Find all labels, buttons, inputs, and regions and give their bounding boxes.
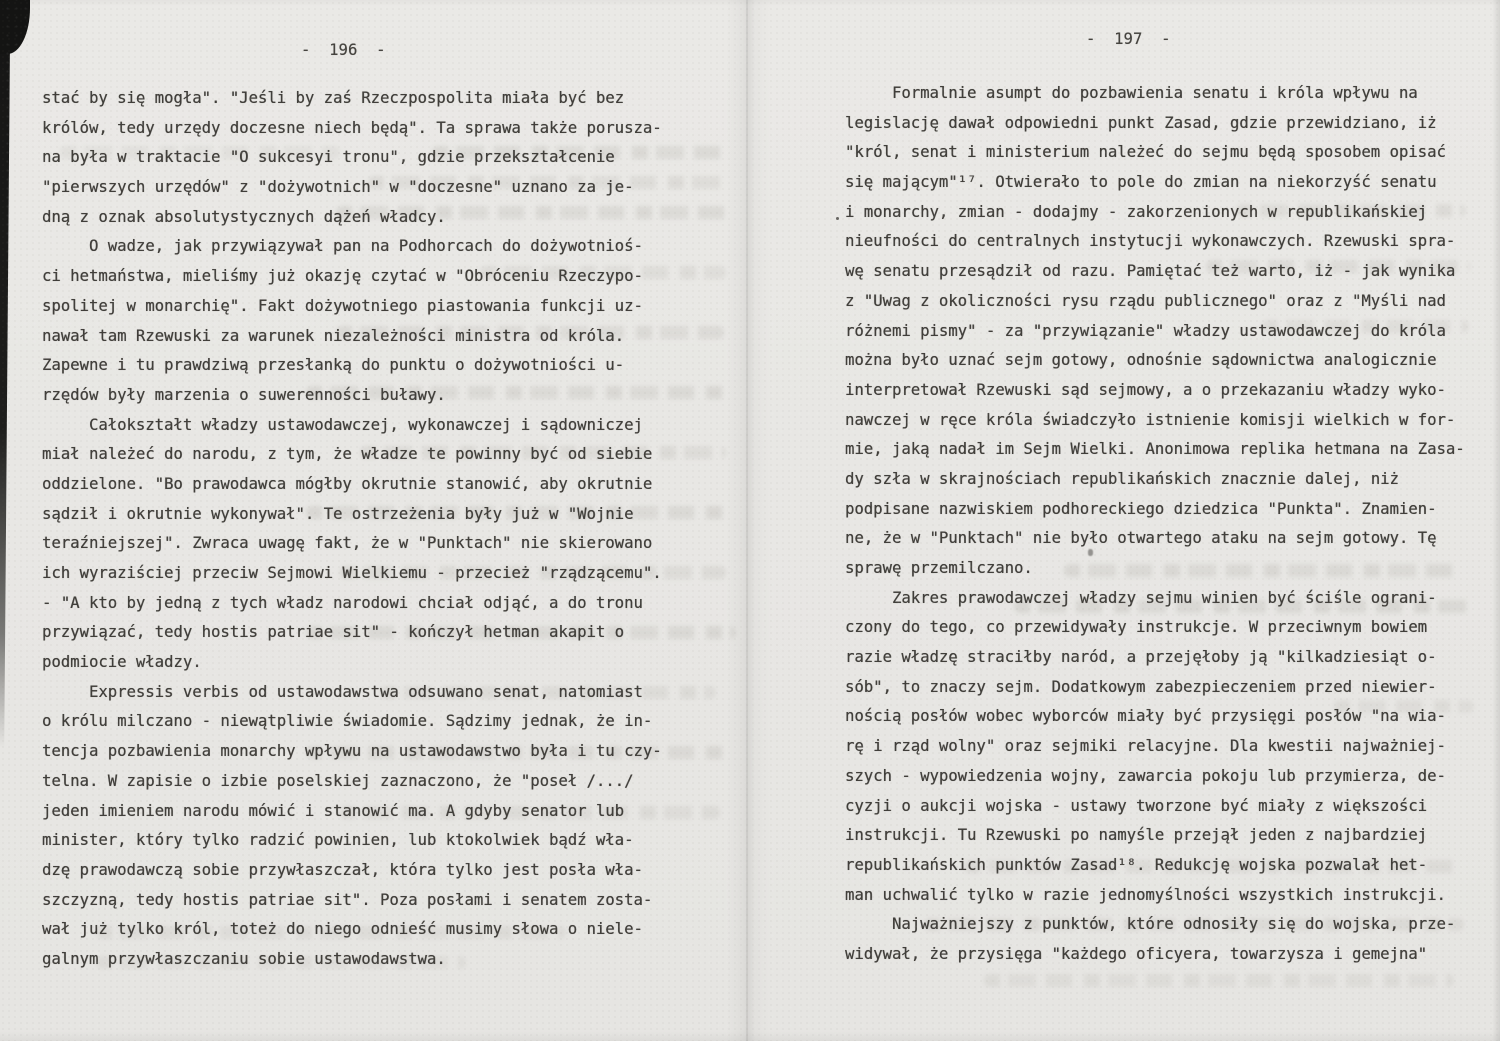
text-line: razie władzę straciłby naród, a przejęło… bbox=[845, 643, 1485, 673]
page-number: - 197 - bbox=[1086, 30, 1171, 48]
text-line: Formalnie asumpt do pozbawienia senatu i… bbox=[845, 79, 1485, 109]
page-text: stać by się mogła". "Jeśli by zaś Rzeczp… bbox=[42, 84, 702, 975]
text-line: dzę prawodawczą sobie przywłaszczał, któ… bbox=[42, 856, 702, 886]
text-line: podpisane nazwiskiem podhoreckiego dzied… bbox=[845, 495, 1485, 525]
text-line: nieufności do centralnych instytucji wyk… bbox=[845, 227, 1485, 257]
text-line: różnemi pismy" - za "przywiązanie" władz… bbox=[845, 317, 1485, 347]
text-line: spolitej w monarchię". Fakt dożywotniego… bbox=[42, 292, 702, 322]
text-line: "pierwszych urzędów" z "dożywotnich" w "… bbox=[42, 173, 702, 203]
stray-ink-dot bbox=[836, 217, 839, 220]
text-line: man uchwalić tylko w razie jednomyślnośc… bbox=[845, 881, 1485, 911]
text-line: nością posłów wobec wyborców miały być p… bbox=[845, 702, 1485, 732]
text-line: rzędów były marzenia o suwerenności buła… bbox=[42, 381, 702, 411]
text-line: na była w traktacie "O sukcesyi tronu", … bbox=[42, 143, 702, 173]
text-line: tencja pozbawienia monarchy wpływu na us… bbox=[42, 737, 702, 767]
page-text: Formalnie asumpt do pozbawienia senatu i… bbox=[845, 79, 1485, 970]
text-line: królów, tedy urzędy doczesne niech będą"… bbox=[42, 114, 702, 144]
text-line: stać by się mogła". "Jeśli by zaś Rzeczp… bbox=[42, 84, 702, 114]
text-line: interpretował Rzewuski sąd sejmowy, a o … bbox=[845, 376, 1485, 406]
text-line: i monarchy, zmian - dodajmy - zakorzenio… bbox=[845, 198, 1485, 228]
text-line: Najważniejszy z punktów, które odnosiły … bbox=[845, 910, 1485, 940]
text-line: rę i rząd wolny" oraz sejmiki relacyjne.… bbox=[845, 732, 1485, 762]
scan-edge-right-shade bbox=[1492, 0, 1500, 1041]
text-line: miał należeć do narodu, z tym, że władze… bbox=[42, 440, 702, 470]
text-line: mie, jaką nadał im Sejm Wielki. Anonimow… bbox=[845, 435, 1485, 465]
text-line: widywał, że przysięga "każdego oficyera,… bbox=[845, 940, 1485, 970]
text-line: sób", to znaczy sejm. Dodatkowym zabezpi… bbox=[845, 673, 1485, 703]
fold-crease-line bbox=[746, 0, 748, 1041]
text-line: oddzielone. "Bo prawodawca mógłby okrutn… bbox=[42, 470, 702, 500]
text-line: Zakres prawodawczej władzy sejmu winien … bbox=[845, 584, 1485, 614]
text-line: czony do tego, co przewidywały instrukcj… bbox=[845, 613, 1485, 643]
scan-edge-top-shade bbox=[0, 0, 1500, 6]
stray-ink-mark bbox=[1088, 549, 1093, 556]
text-line: podmiocie władzy. bbox=[42, 648, 702, 678]
text-line: ne, że w "Punktach" nie było otwartego a… bbox=[845, 524, 1485, 554]
text-line: z "Uwag z okoliczności rysu rządu public… bbox=[845, 287, 1485, 317]
text-line: ci hetmaństwa, mieliśmy już okazję czyta… bbox=[42, 262, 702, 292]
text-line: wę senatu przesądził od razu. Pamiętać t… bbox=[845, 257, 1485, 287]
text-line: dną z oznak absolutystycznych dążeń wład… bbox=[42, 203, 702, 233]
text-line: ich wyraziściej przeciw Sejmowi Wielkiem… bbox=[42, 559, 702, 589]
text-line: minister, który tylko radzić powinien, l… bbox=[42, 826, 702, 856]
text-line: można było uznać sejm gotowy, odnośnie s… bbox=[845, 346, 1485, 376]
text-line: szych - wypowiedzenia wojny, zawarcia po… bbox=[845, 762, 1485, 792]
text-line: instrukcji. Tu Rzewuski po namyśle przej… bbox=[845, 821, 1485, 851]
text-line: o królu milczano - niewątpliwie świadomi… bbox=[42, 707, 702, 737]
text-line: Zapewne i tu prawdziwą przesłanką do pun… bbox=[42, 351, 702, 381]
text-line: O wadze, jak przywiązywał pan na Podhorc… bbox=[42, 232, 702, 262]
text-line: legislację dawał odpowiedni punkt Zasad,… bbox=[845, 109, 1485, 139]
text-line: się mającym"¹⁷. Otwierało to pole do zmi… bbox=[845, 168, 1485, 198]
text-line: - "A kto by jedną z tych władz narodowi … bbox=[42, 589, 702, 619]
scan-edge-left-strip bbox=[0, 38, 10, 748]
text-line: przywiązać, tedy hostis patriae sit" - k… bbox=[42, 618, 702, 648]
text-line: dy szła w skrajnościach republikańskich … bbox=[845, 465, 1485, 495]
text-line: galnym przywłaszczaniu sobie ustawodawst… bbox=[42, 945, 702, 975]
text-line: cyzji o aukcji wojska - ustawy tworzone … bbox=[845, 792, 1485, 822]
text-line: "król, senat i ministerium należeć do se… bbox=[845, 138, 1485, 168]
text-line: nawał tam Rzewuski za warunek niezależno… bbox=[42, 322, 702, 352]
text-line: republikańskich punktów Zasad¹⁸. Redukcj… bbox=[845, 851, 1485, 881]
text-line: jeden imieniem narodu mówić i stanowić m… bbox=[42, 797, 702, 827]
text-line: sądził i okrutnie wykonywał". Te ostrzeż… bbox=[42, 500, 702, 530]
text-line: telna. W zapisie o izbie poselskiej zazn… bbox=[42, 767, 702, 797]
page-fold-shadow bbox=[726, 0, 770, 1041]
text-line: wał już tylko król, toteż do niego odnie… bbox=[42, 915, 702, 945]
bleed-through-line bbox=[984, 974, 1454, 987]
page-number: - 196 - bbox=[301, 41, 386, 59]
text-line: Expressis verbis od ustawodawstwa odsuwa… bbox=[42, 678, 702, 708]
text-line: nawczej w ręce króla świadczyło istnieni… bbox=[845, 406, 1485, 436]
scan-corner-mark bbox=[0, 0, 30, 54]
book-spread: - 196 - stać by się mogła". "Jeśli by za… bbox=[0, 0, 1500, 1041]
text-line: szczyzną, tedy hostis patriae sit". Poza… bbox=[42, 886, 702, 916]
text-line: teraźniejszej". Zwraca uwagę fakt, że w … bbox=[42, 529, 702, 559]
scan-edge-bottom-shade bbox=[0, 1031, 1500, 1041]
text-line: sprawę przemilczano. bbox=[845, 554, 1485, 584]
text-line: Całokształt władzy ustawodawczej, wykona… bbox=[42, 411, 702, 441]
